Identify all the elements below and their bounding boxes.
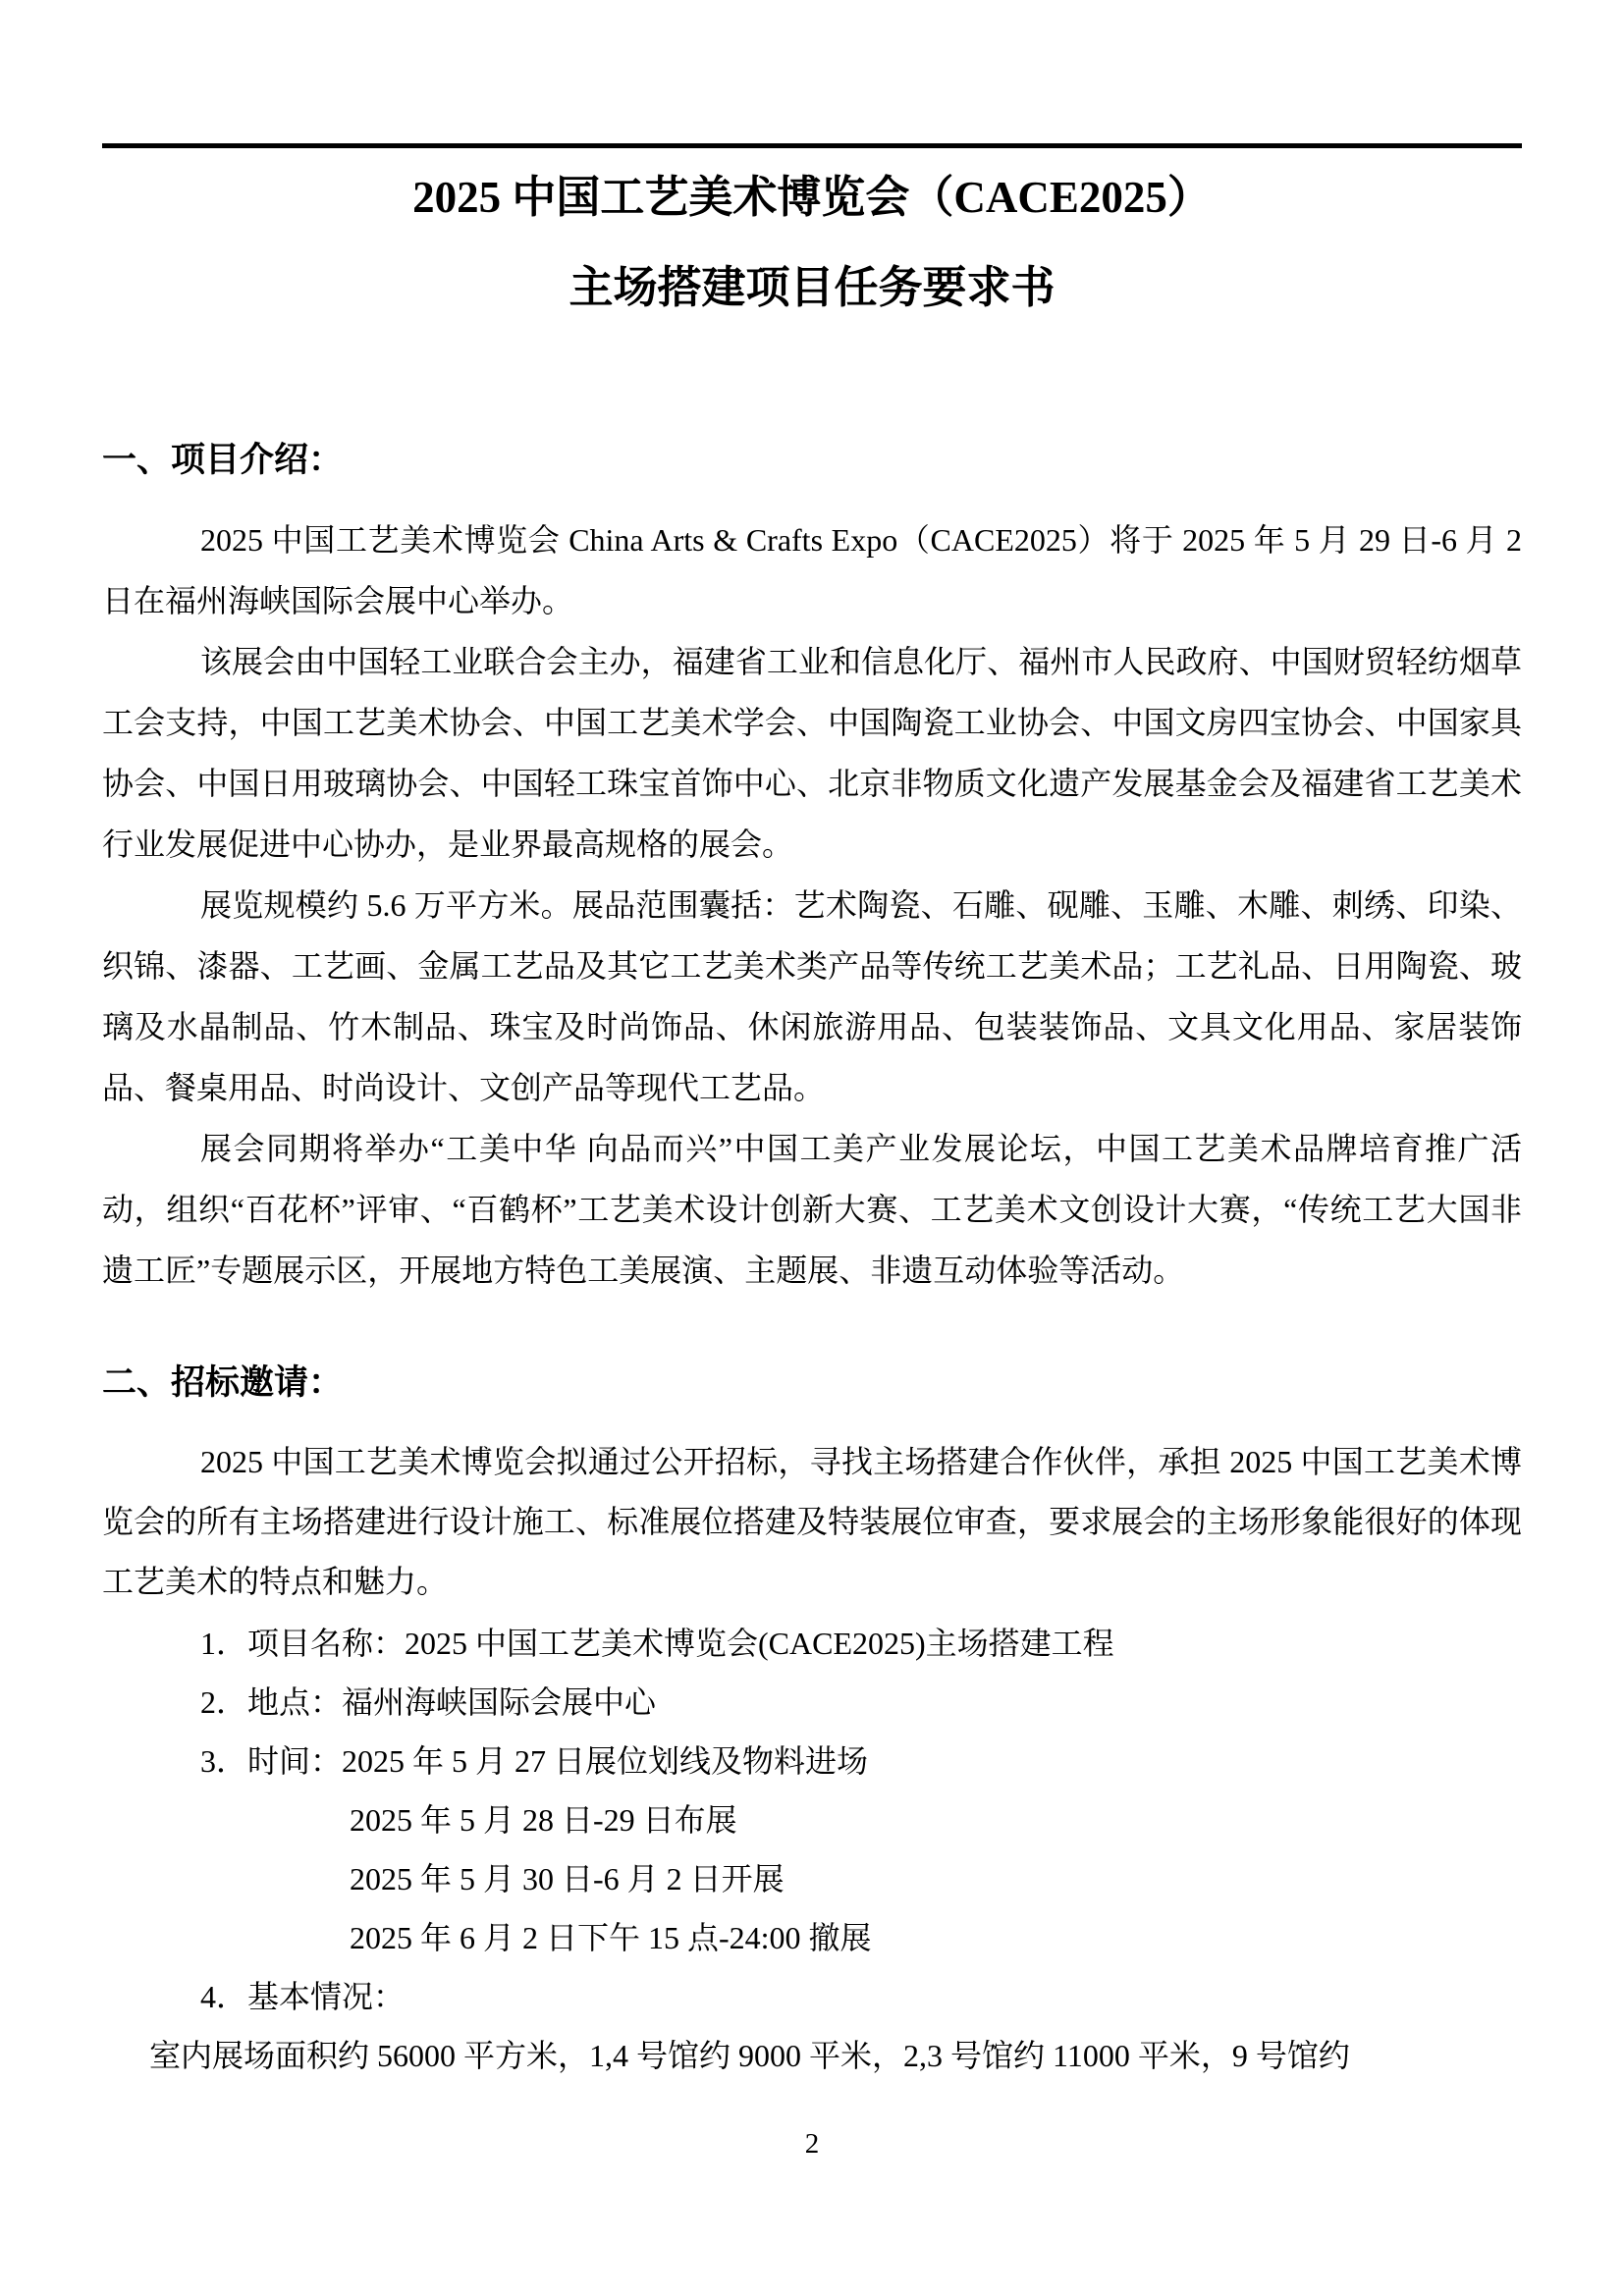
section1-heading: 一、项目介绍： bbox=[102, 435, 1522, 486]
section1-paragraph-3: 展览规模约 5.6 万平方米。展品范围囊括：艺术陶瓷、石雕、砚雕、玉雕、木雕、刺… bbox=[102, 875, 1522, 1118]
section2-list: 1．项目名称：2025 中国工艺美术博览会(CACE2025)主场搭建工程 2．… bbox=[102, 1614, 1522, 2085]
section1-body: 2025 中国工艺美术博览会 China Arts & Crafts Expo（… bbox=[102, 509, 1522, 1301]
page-number: 2 bbox=[0, 2128, 1624, 2161]
page-title-line2: 主场搭建项目任务要求书 bbox=[102, 256, 1522, 319]
section2-heading: 二、招标邀请： bbox=[102, 1358, 1522, 1409]
document-page: 2025 中国工艺美术博览会（CACE2025） 主场搭建项目任务要求书 一、项… bbox=[0, 143, 1624, 2085]
basic-info-paragraph: 室内展场面积约 56000 平方米，1,4 号馆约 9000 平米，2,3 号馆… bbox=[102, 2026, 1522, 2085]
header-rule bbox=[102, 143, 1522, 148]
time-subline-setup: 2025 年 5 月 28 日-29 日布展 bbox=[102, 1790, 1522, 1849]
list-item-project-name: 1．项目名称：2025 中国工艺美术博览会(CACE2025)主场搭建工程 bbox=[102, 1614, 1522, 1673]
section1-paragraph-2: 该展会由中国轻工业联合会主办，福建省工业和信息化厅、福州市人民政府、中国财贸轻纺… bbox=[102, 631, 1522, 875]
time-subline-teardown: 2025 年 6 月 2 日下午 15 点-24:00 撤展 bbox=[102, 1908, 1522, 1967]
list-item-basic-info: 4．基本情况： bbox=[102, 1967, 1522, 2026]
time-subline-open: 2025 年 5 月 30 日-6 月 2 日开展 bbox=[102, 1849, 1522, 1908]
section1-paragraph-1: 2025 中国工艺美术博览会 China Arts & Crafts Expo（… bbox=[102, 509, 1522, 631]
list-item-time: 3．时间：2025 年 5 月 27 日展位划线及物料进场 bbox=[102, 1732, 1522, 1790]
page-title-line1: 2025 中国工艺美术博览会（CACE2025） bbox=[102, 166, 1522, 229]
section2-intro-paragraph: 2025 中国工艺美术博览会拟通过公开招标，寻找主场搭建合作伙伴，承担 2025… bbox=[102, 1432, 1522, 1612]
section1-paragraph-4: 展会同期将举办“工美中华 向品而兴”中国工美产业发展论坛，中国工艺美术品牌培育推… bbox=[102, 1118, 1522, 1301]
list-item-location: 2．地点：福州海峡国际会展中心 bbox=[102, 1673, 1522, 1732]
